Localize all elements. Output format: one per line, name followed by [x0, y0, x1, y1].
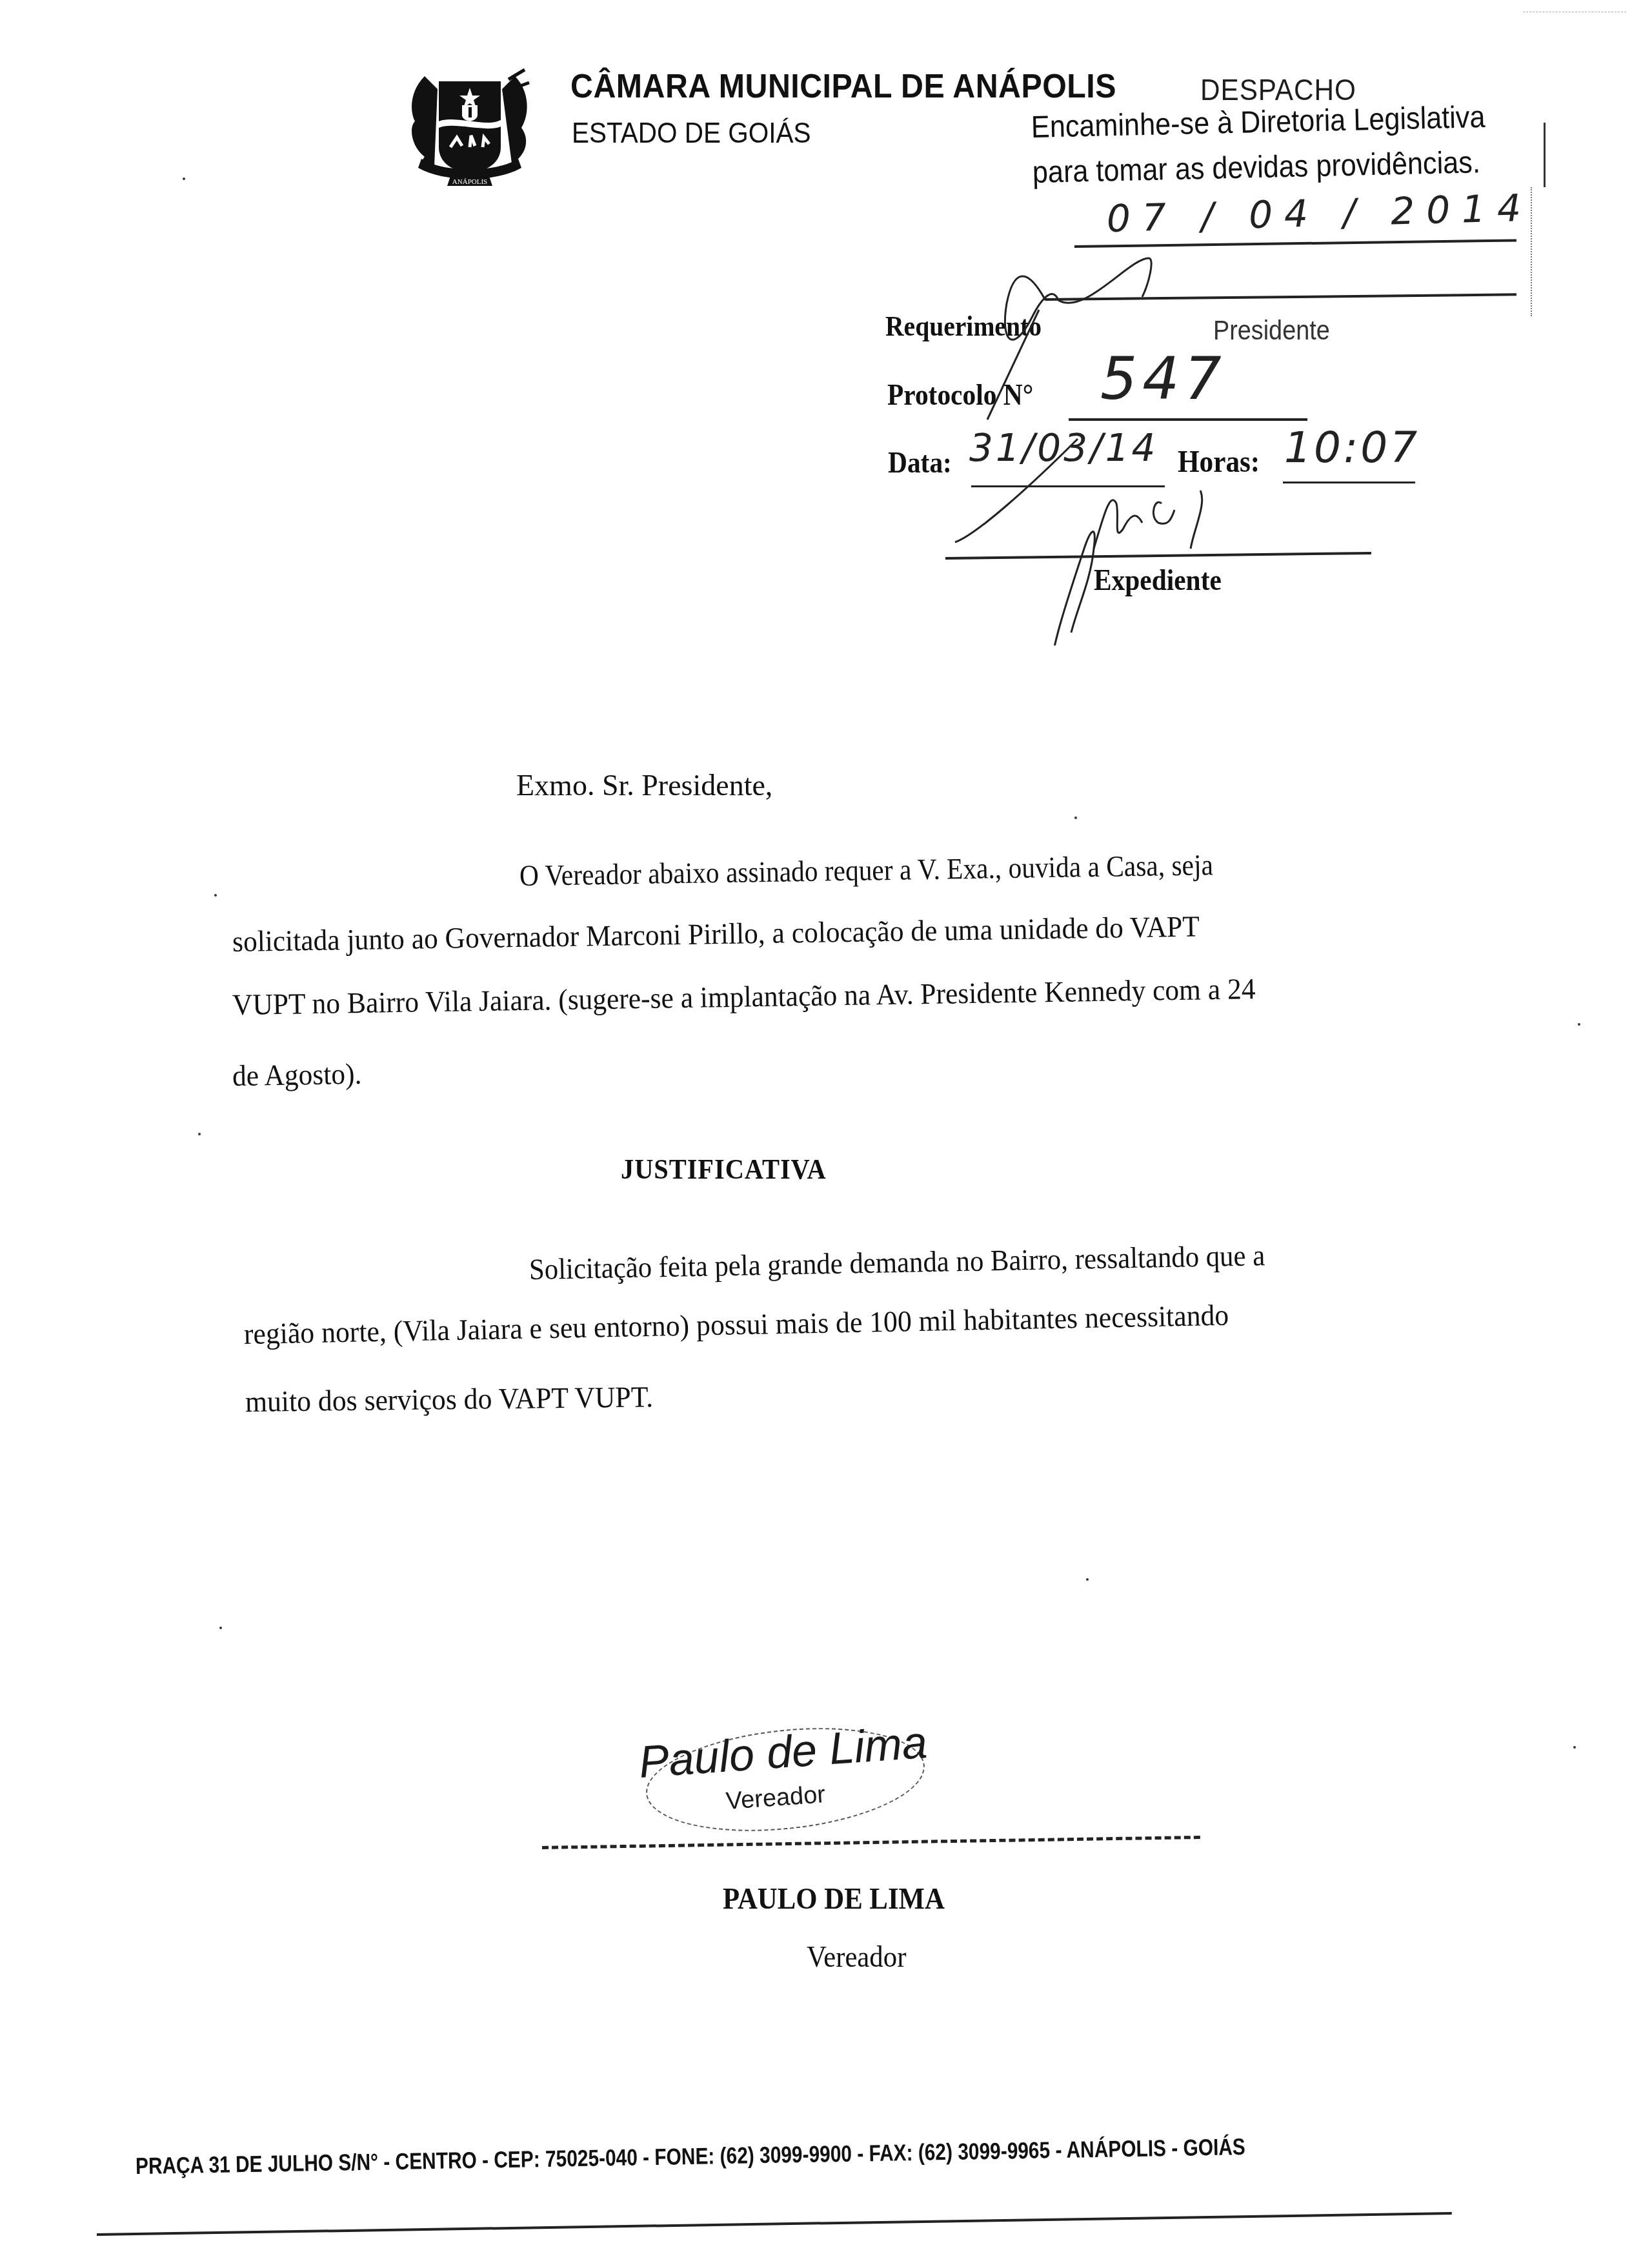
justification-paragraph-line: região norte, (Vila Jaiara e seu entorno… [243, 1298, 1229, 1351]
justification-paragraph-line: Solicitação feita pela grande demanda no… [529, 1238, 1265, 1286]
request-paragraph-line: VUPT no Bairro Vila Jaiara. (sugere-se a… [232, 971, 1256, 1022]
signer-name: PAULO DE LIMA [723, 1882, 945, 1916]
justification-paragraph-line: muito dos serviços do VAPT VUPT. [245, 1379, 654, 1419]
scan-speck [1074, 817, 1077, 819]
coat-of-arms-icon: ANÁPOLIS [405, 50, 534, 192]
svg-text:ANÁPOLIS: ANÁPOLIS [452, 178, 487, 186]
despacho-title: DESPACHO [1200, 72, 1356, 107]
footer-rule [97, 2212, 1452, 2236]
organization-state: ESTADO DE GOIÁS [572, 117, 811, 150]
signer-role: Vereador [807, 1940, 906, 1974]
signature-dashed-line [542, 1836, 1200, 1849]
handwritten-signatures-icon [936, 245, 1452, 645]
scan-speck [214, 894, 217, 897]
request-paragraph-line: O Vereador abaixo assinado requer a V. E… [519, 847, 1214, 893]
scan-speck [198, 1133, 201, 1135]
salutation: Exmo. Sr. Presidente, [516, 768, 772, 802]
request-paragraph-line: de Agosto). [232, 1057, 362, 1093]
scan-speck [1086, 1578, 1089, 1581]
request-paragraph-line: solicitada junto ao Governador Marconi P… [232, 909, 1200, 959]
despacho-instruction-line2: para tomar as devidas providências. [1032, 145, 1480, 190]
scan-speck [1578, 1023, 1580, 1026]
despacho-instruction-line1: Encaminhe-se à Diretoria Legislativa [1031, 99, 1486, 145]
scan-speck [183, 178, 185, 180]
justification-heading: JUSTIFICATIVA [621, 1153, 827, 1186]
scan-speck [219, 1627, 222, 1629]
stamp-border-dotted [1531, 187, 1533, 316]
organization-name: CÂMARA MUNICIPAL DE ANÁPOLIS [570, 67, 1116, 106]
stamp-border [1544, 123, 1546, 187]
scan-margin-mark [1523, 12, 1626, 13]
footer-address: PRAÇA 31 DE JULHO S/N° - CENTRO - CEP: 7… [136, 2133, 1246, 2180]
despacho-date: 07 / 04 / 2014 [1106, 186, 1533, 241]
scan-speck [1573, 1746, 1576, 1749]
